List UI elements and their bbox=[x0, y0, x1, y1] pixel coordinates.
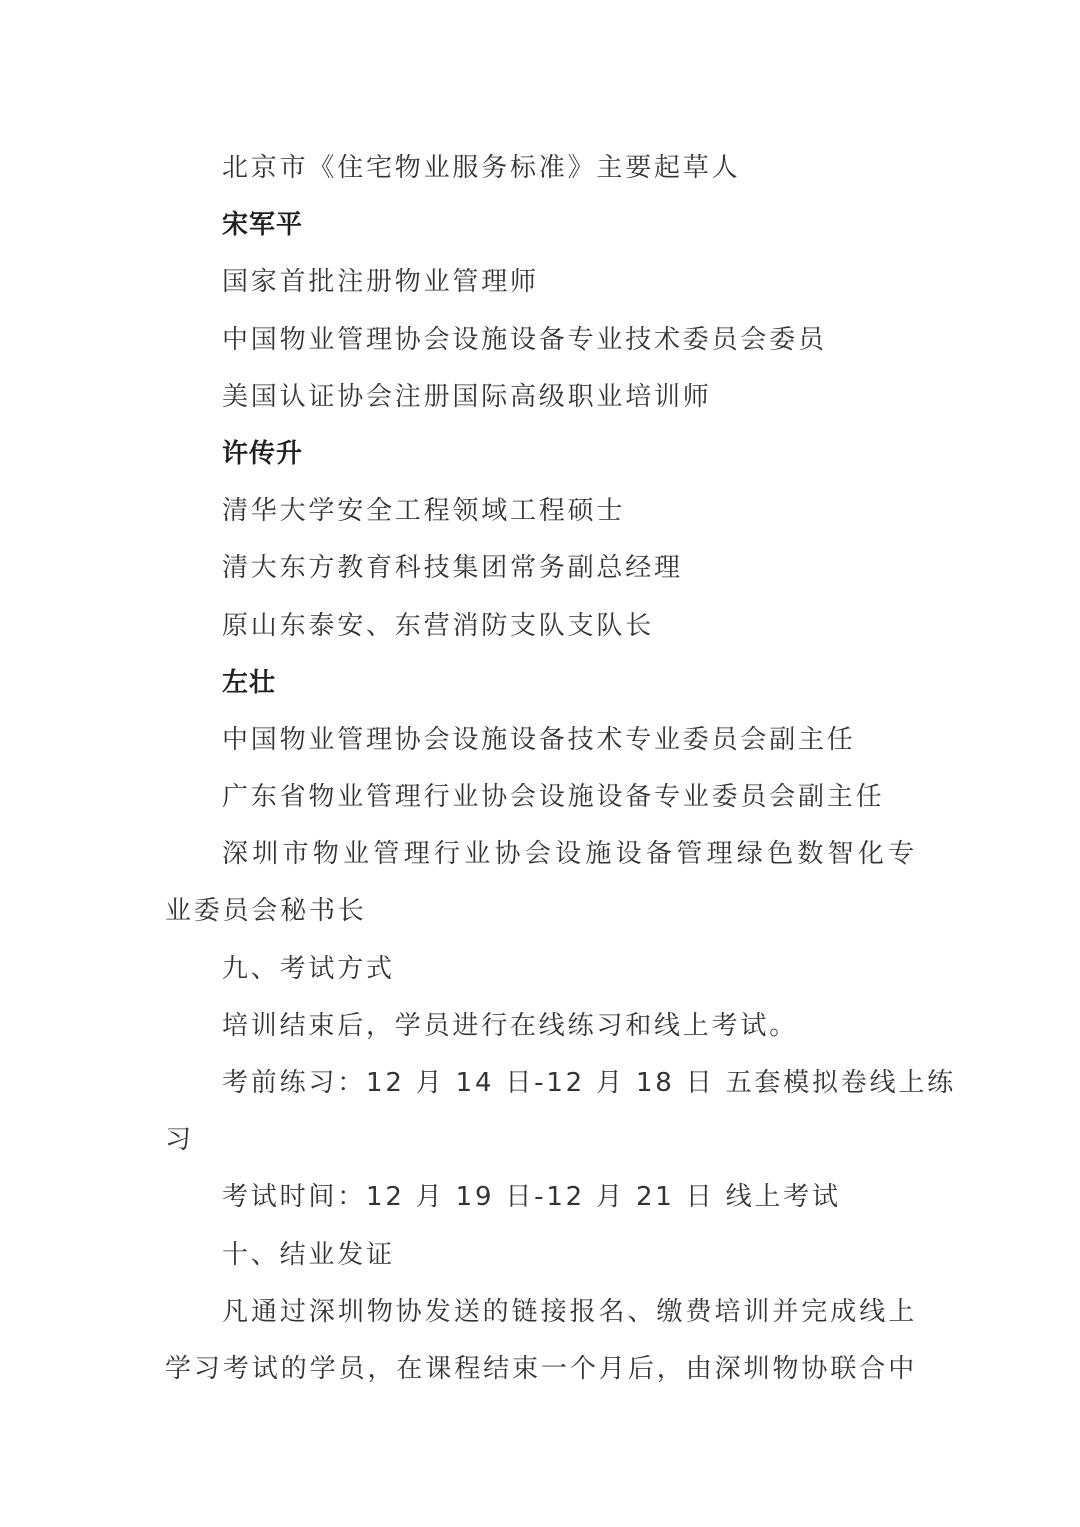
paragraph-drafter: 北京市《住宅物业服务标准》主要起草人 bbox=[165, 140, 917, 197]
paragraph-practice-period: 考前练习：12 月 14 日-12 月 18 日 五套模拟卷线上练 bbox=[165, 1055, 917, 1112]
expert-name-zuo-zhuang: 左壮 bbox=[165, 655, 917, 712]
section-heading-exam: 九、考试方式 bbox=[165, 941, 917, 998]
expert-name-xu-chuansheng: 许传升 bbox=[165, 426, 917, 483]
expert-title-continuation: 业委员会秘书长 bbox=[165, 883, 917, 940]
expert-title: 国家首批注册物业管理师 bbox=[165, 254, 917, 311]
paragraph-certificate-continuation: 学习考试的学员，在课程结束一个月后，由深圳物协联合中 bbox=[165, 1341, 917, 1398]
expert-title: 广东省物业管理行业协会设施设备专业委员会副主任 bbox=[165, 769, 917, 826]
section-heading-certificate: 十、结业发证 bbox=[165, 1227, 917, 1284]
document-page: 北京市《住宅物业服务标准》主要起草人 宋军平 国家首批注册物业管理师 中国物业管… bbox=[165, 140, 917, 1398]
paragraph-exam-intro: 培训结束后，学员进行在线练习和线上考试。 bbox=[165, 998, 917, 1055]
expert-title: 清大东方教育科技集团常务副总经理 bbox=[165, 540, 917, 597]
expert-title: 原山东泰安、东营消防支队支队长 bbox=[165, 598, 917, 655]
expert-title: 清华大学安全工程领域工程硕士 bbox=[165, 483, 917, 540]
expert-title: 深圳市物业管理行业协会设施设备管理绿色数智化专 bbox=[165, 826, 917, 883]
expert-name-song-junping: 宋军平 bbox=[165, 197, 917, 254]
paragraph-practice-continuation: 习 bbox=[165, 1112, 917, 1169]
paragraph-certificate: 凡通过深圳物协发送的链接报名、缴费培训并完成线上 bbox=[165, 1284, 917, 1341]
paragraph-exam-period: 考试时间：12 月 19 日-12 月 21 日 线上考试 bbox=[165, 1169, 917, 1226]
expert-title: 中国物业管理协会设施设备技术专业委员会副主任 bbox=[165, 712, 917, 769]
expert-title: 中国物业管理协会设施设备专业技术委员会委员 bbox=[165, 312, 917, 369]
expert-title: 美国认证协会注册国际高级职业培训师 bbox=[165, 369, 917, 426]
